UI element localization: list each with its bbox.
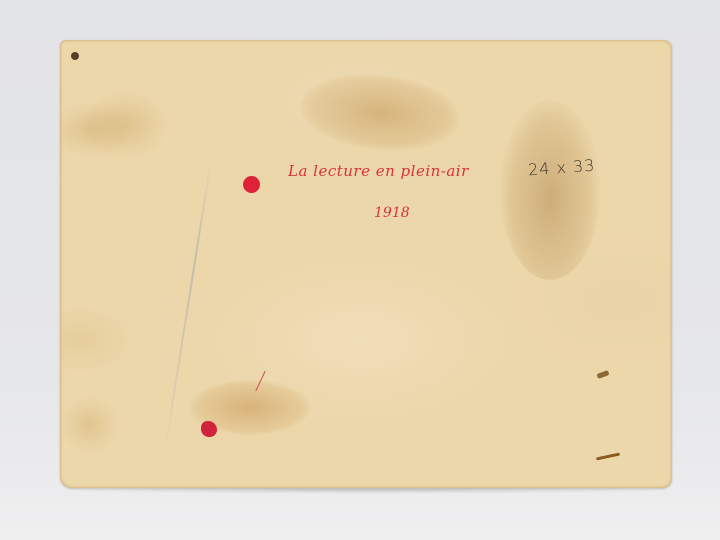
stain [80, 90, 170, 160]
inscription-title: La lecture en plein-air [288, 162, 469, 180]
inscription-year: 1918 [374, 205, 410, 221]
painting-board-back: La lecture en plein-air 1918 24 x 33 [60, 40, 672, 488]
nail-hole [71, 52, 79, 60]
stain [297, 67, 464, 158]
stain [500, 100, 600, 280]
red-dot-sticker [243, 176, 260, 193]
debris-speck [596, 453, 620, 461]
debris-speck [597, 370, 610, 379]
red-wax-spot [201, 421, 217, 437]
stain [60, 395, 120, 455]
